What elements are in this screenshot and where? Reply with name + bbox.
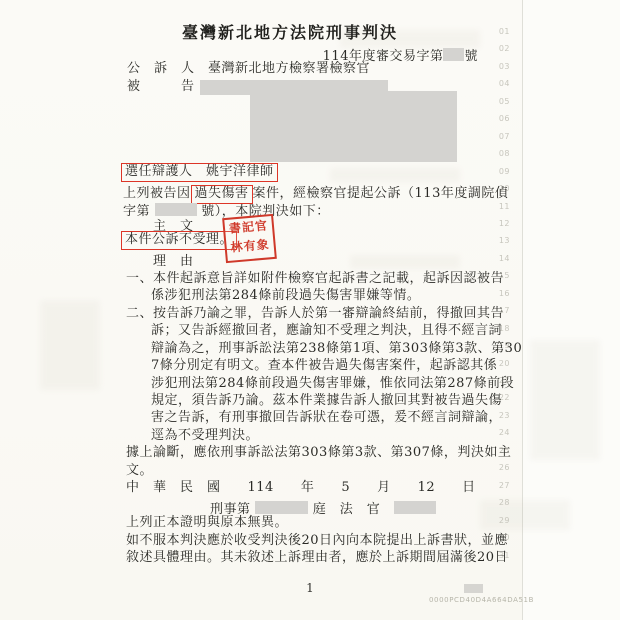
intro-line-1: 上列被告因過失傷害案件，經檢察官提起公訴（113年度調院偵 [123, 185, 508, 204]
judge-name-redaction [394, 501, 436, 514]
verdict-annotation-box: 本件公訴不受理。 [121, 231, 237, 250]
bleed-through-artifact [40, 300, 100, 390]
defender-line: 選任辯護人 姚宇洋律師 [125, 164, 274, 179]
line-number: 29 [492, 516, 510, 525]
division-redaction [255, 501, 308, 514]
line-number: 03 [492, 62, 510, 71]
line-number: 01 [492, 27, 510, 36]
line-number: 13 [492, 236, 510, 245]
line-number: 08 [492, 149, 510, 158]
conclusion-line: 據上論斷，應依刑事訴訟法第303條第3款、第307條，判決如主 [126, 445, 511, 461]
case-number-redaction [443, 48, 464, 61]
reason-line: 係涉犯刑法第284條前段過失傷害罪嫌等情。 [151, 288, 420, 304]
reason-line: 規定，須告訴乃論。茲本件業據告訴人撤回其對被告過失傷 [151, 393, 502, 409]
bleed-through-artifact [330, 168, 460, 182]
line-number: 09 [492, 167, 510, 176]
line-number: 27 [492, 481, 510, 490]
line-number: 04 [492, 79, 510, 88]
prosecutor-name: 臺灣新北地方檢察署檢察官 [208, 61, 370, 76]
line-number: 16 [492, 289, 510, 298]
intro-line2-pre: 字第 [123, 204, 150, 219]
appeal-notice-line: 敘述具體理由。其未敘述上訴理由者，應於上訴期間屆滿後20日 [126, 550, 508, 566]
line-number: 02 [492, 44, 510, 53]
reason-line: 害之告訴，有刑事撤回告訴狀在卷可憑，爰不經言詞辯論， [151, 410, 502, 426]
page-number: 1 [290, 581, 330, 595]
reason-line: 二、按告訴乃論之罪，告訴人於第一審辯論終結前，得撤回其告 [126, 306, 504, 322]
reason-line: 7條分別定有明文。查本件被告過失傷害案件，起訴認其係 [151, 358, 497, 374]
defender-annotation-box: 選任辯護人 姚宇洋律師 [121, 163, 278, 182]
case-number-suffix: 號 [464, 49, 478, 64]
reason-line: 涉犯刑法第284條前段過失傷害罪嫌，惟依同法第287條前段 [151, 376, 514, 392]
judgment-document-page: 0102030405060708091011121314151617181920… [0, 0, 620, 620]
document-barcode-id: 0000PCD40D4A664DA51B [429, 596, 534, 604]
line-number: 05 [492, 97, 510, 106]
intro-line1-pre: 上列被告因 [123, 186, 191, 201]
reason-line: 訴；又告訴經撤回者，應諭知不受理之判決，且得不經言詞 [151, 323, 502, 339]
line-number: 14 [492, 254, 510, 263]
line-number: 12 [492, 219, 510, 228]
appeal-notice-line: 如不服本判決應於收受判決後20日內向本院提出上訴書狀，並應 [126, 533, 508, 549]
line-number: 07 [492, 132, 510, 141]
prosecutor-label: 公 訴 人 [127, 61, 195, 76]
judge-label: 庭 法 官 [313, 502, 381, 517]
clerk-seal-stamp: 書記官 林有象 [222, 214, 277, 263]
footer-redaction [464, 584, 483, 593]
defendant-label: 被 告 [127, 79, 195, 94]
defendant-row: 被 告 [127, 79, 195, 95]
reason-line: 逕為不受理判決。 [151, 428, 259, 444]
reason-line: 一、本件起訴意旨詳如附件檢察官起訴書之記載，起訴因認被告 [126, 271, 504, 287]
line-number: 28 [492, 498, 510, 507]
prosecutor-row: 公 訴 人 臺灣新北地方檢察署檢察官 [127, 61, 370, 77]
conclusion-line: 文。 [126, 463, 153, 479]
bleed-through-artifact [530, 340, 600, 460]
intro-line1-post: 案件，經檢察官提起公訴（113年度調院偵 [253, 186, 509, 201]
case-ref-redaction [155, 203, 197, 216]
judgment-date-line: 中 華 民 國 114 年 5 月 12 日 [126, 480, 476, 496]
line-number: 24 [492, 428, 510, 437]
defendant-info-redaction [250, 91, 457, 162]
bleed-through-artifact [350, 255, 460, 269]
reason-heading: 理 由 [153, 254, 194, 270]
verdict-text: 本件公訴不受理。 [125, 232, 233, 247]
reason-line: 辯論為之，刑事訴訟法第238條第1項、第303條第3款、第30 [151, 341, 522, 357]
offense-annotation-box: 過失傷害 [191, 185, 253, 204]
line-number: 26 [492, 463, 510, 472]
document-title: 臺灣新北地方法院刑事判決 [130, 20, 450, 43]
line-number: 06 [492, 114, 510, 123]
stamp-name: 林有象 [226, 235, 274, 258]
certification-line: 上列正本證明與原本無異。 [126, 515, 288, 531]
offense-term: 過失傷害 [195, 186, 249, 201]
